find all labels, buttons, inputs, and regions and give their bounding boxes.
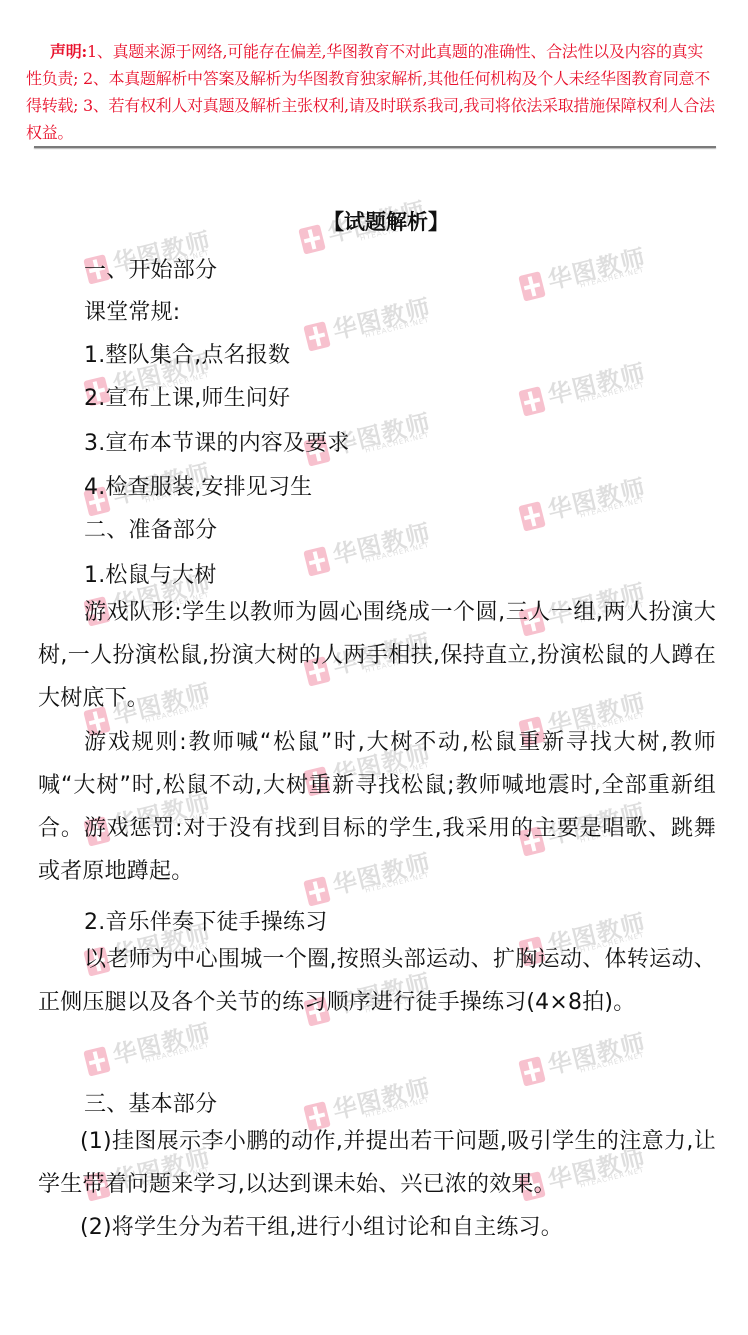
brand-logo-icon: [83, 1046, 111, 1077]
disclaimer: 声明:1、真题来源于网络,可能存在偏差,华图教育不对此真题的准确性、合法性以及内…: [26, 38, 716, 146]
brand-logo-icon: [303, 321, 331, 352]
watermark-subtext: HTEACHER.NET: [364, 1096, 430, 1120]
watermark-logo: 华图教师 HTEACHER.NET: [515, 459, 665, 551]
section-title: 【试题解析】: [0, 206, 748, 236]
brand-logo-icon: [303, 546, 331, 577]
divider: [34, 146, 716, 148]
brand-logo-icon: [518, 501, 546, 532]
brand-logo-icon: [518, 386, 546, 417]
exercise-title: 2.音乐伴奏下徒手操练习: [84, 905, 327, 936]
step-1: (1)挂图展示李小鹏的动作,并提出若干问题,吸引学生的注意力,让学生带着问题来学…: [38, 1120, 716, 1206]
watermark-text: 华图教师: [328, 513, 433, 571]
watermark-logo: 华图教师 HTEACHER.NET: [300, 504, 450, 596]
watermark-subtext: HTEACHER.NET: [579, 266, 645, 290]
exercise-description: 以老师为中心围城一个圈,按照头部运动、扩胸运动、体转运动、正侧压腿以及各个关节的…: [38, 938, 716, 1024]
watermark-logo: 华图教师 HTEACHER.NET: [515, 229, 665, 321]
watermark-text: 华图教师: [543, 353, 648, 411]
watermark-subtext: HTEACHER.NET: [579, 1051, 645, 1075]
watermark-text: 华图教师: [543, 468, 648, 526]
watermark-subtext: HTEACHER.NET: [579, 496, 645, 520]
watermark-subtext: HTEACHER.NET: [144, 1041, 210, 1065]
watermark-text: 华图教师: [543, 238, 648, 296]
game-title: 1.松鼠与大树: [84, 558, 216, 589]
disclaimer-lead: 声明:: [50, 42, 87, 61]
disclaimer-text: 1、真题来源于网络,可能存在偏差,华图教育不对此真题的准确性、合法性以及内容的真…: [26, 42, 715, 142]
list-item: 3.宣布本节课的内容及要求: [84, 426, 350, 457]
list-item: 4.检查服装,安排见习生: [84, 470, 312, 501]
game-rules: 游戏规则:教师喊“松鼠”时,大树不动,松鼠重新寻找大树,教师喊“大树”时,松鼠不…: [38, 721, 716, 893]
watermark-subtext: HTEACHER.NET: [364, 316, 430, 340]
list-item: 1.整队集合,点名报数: [84, 338, 290, 369]
part1-subheading: 课堂常规:: [84, 295, 180, 326]
watermark-subtext: HTEACHER.NET: [364, 541, 430, 565]
step-2: (2)将学生分为若干组,进行小组讨论和自主练习。: [38, 1206, 716, 1249]
brand-logo-icon: [518, 271, 546, 302]
list-item: 2.宣布上课,师生问好: [84, 381, 290, 412]
brand-logo-icon: [518, 1056, 546, 1087]
part1-heading: 一、开始部分: [84, 253, 217, 284]
watermark-logo: 华图教师 HTEACHER.NET: [300, 279, 450, 371]
watermark-logo: 华图教师 HTEACHER.NET: [515, 344, 665, 436]
watermark-text: 华图教师: [328, 1068, 433, 1126]
watermark-subtext: HTEACHER.NET: [364, 431, 430, 455]
watermark-subtext: HTEACHER.NET: [579, 381, 645, 405]
watermark-logo: 华图教师 HTEACHER.NET: [515, 1014, 665, 1106]
watermark-text: 华图教师: [328, 288, 433, 346]
part2-heading: 二、准备部分: [84, 513, 217, 544]
game-formation: 游戏队形:学生以教师为圆心围绕成一个圆,三人一组,两人扮演大树,一人扮演松鼠,扮…: [38, 591, 716, 720]
watermark-text: 华图教师: [543, 1023, 648, 1081]
part3-heading: 三、基本部分: [84, 1087, 217, 1118]
